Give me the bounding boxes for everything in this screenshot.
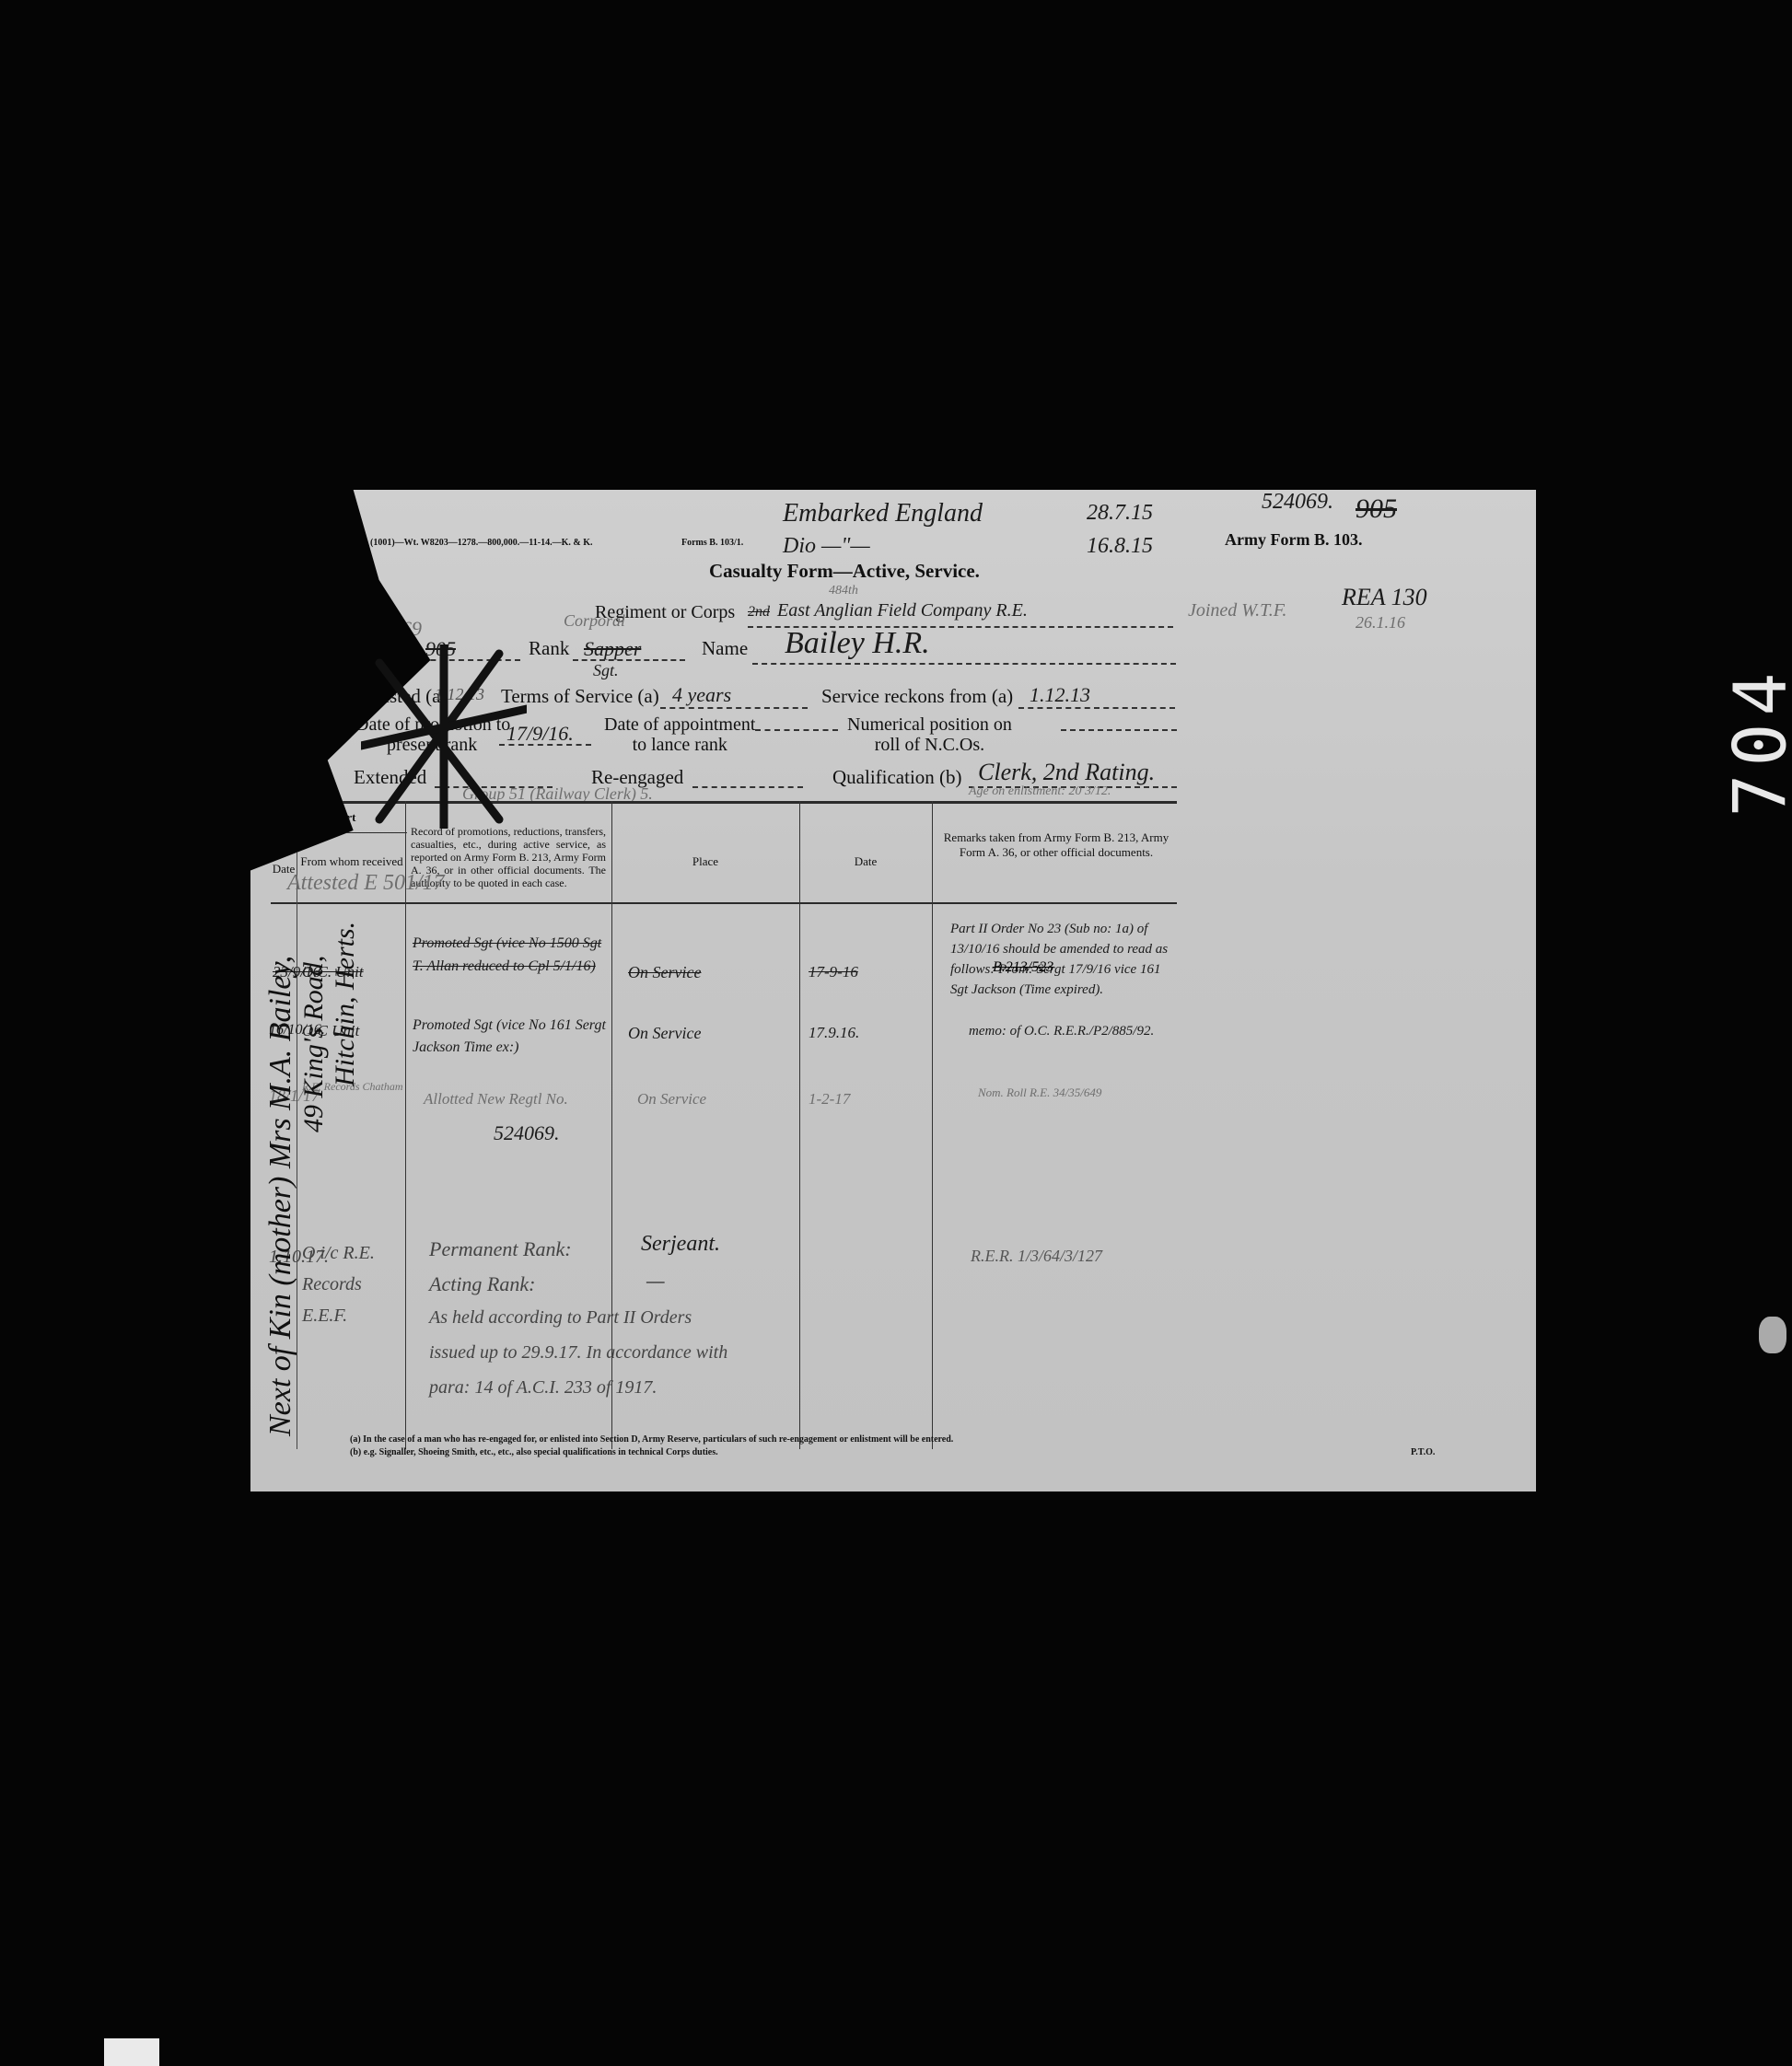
qualification-label: Qualification (b)	[832, 766, 962, 789]
form-title: Casualty Form—Active, Service.	[709, 560, 980, 583]
row1-remarks-ref: B.213/523	[993, 959, 1053, 976]
row2-remarks: memo: of O.C. R.E.R./P2/885/92.	[969, 1024, 1175, 1039]
ref-stamp: REA 130	[1342, 584, 1427, 611]
lance-label-line2: to lance rank	[604, 735, 755, 755]
regiment-struck: 2nd	[748, 604, 770, 621]
lance-label: Date of appointment to lance rank	[604, 714, 755, 755]
ditto-date: 16.8.15	[1087, 534, 1153, 559]
forms-ref: Forms B. 103/1.	[681, 538, 743, 548]
row4-line2-value: —	[646, 1269, 665, 1293]
row4-line3: As held according to Part II Orders	[429, 1307, 692, 1329]
header-remarks: Remarks taken from Army Form B. 213, Arm…	[941, 830, 1171, 860]
regiment-added: 484th	[829, 584, 858, 598]
row4-line2-label: Acting Rank:	[429, 1272, 535, 1296]
row3-date2: 1-2-17	[809, 1090, 850, 1108]
row3-record-number: 524069.	[494, 1121, 560, 1145]
ncos-label-line2: roll of N.C.Os.	[847, 735, 1012, 755]
rank-struck: Sapper	[584, 637, 641, 661]
row1-record: Promoted Sgt (vice No 1500 Sgt T. Allan …	[413, 932, 606, 978]
row1-date2: 17-9-16	[809, 963, 858, 981]
lance-label-line1: Date of appointment	[604, 714, 755, 735]
rank-label: Rank	[529, 637, 569, 660]
header-from-whom: From whom received	[298, 854, 405, 869]
row4-line1-value: Serjeant.	[641, 1232, 720, 1257]
ncos-label: Numerical position on roll of N.C.Os.	[847, 714, 1012, 755]
rank-overwrite: Corporal	[564, 611, 625, 631]
joined-note: Joined W.T.F.	[1188, 600, 1286, 621]
header-annotation: Attested E 501/17	[287, 871, 445, 896]
film-marker	[104, 2038, 159, 2066]
film-speck	[1759, 1317, 1786, 1353]
next-of-kin-label: Next of Kin (mother)	[263, 1177, 297, 1436]
row4-line4: issued up to 29.9.17. In accordance with	[429, 1342, 727, 1364]
rank-value: Sgt.	[593, 661, 619, 680]
pto-label: P.T.O.	[1411, 1447, 1435, 1457]
casualty-form-document: (1001)—Wt. W8203—1278.—800,000.—11-14.—K…	[250, 490, 1536, 1491]
row1-place: On Service	[628, 963, 701, 982]
row2-place: On Service	[628, 1024, 701, 1043]
embarked-date: 28.7.15	[1087, 501, 1153, 526]
row3-record: Allotted New Regtl No.	[424, 1090, 568, 1108]
row3-place: On Service	[637, 1090, 706, 1108]
ncos-label-line1: Numerical position on	[847, 714, 1012, 735]
footnote-b: (b) e.g. Signaller, Shoeing Smith, etc.,…	[350, 1447, 718, 1457]
next-of-kin-address2: Hitchin, Herts.	[330, 922, 361, 1436]
next-of-kin-name: Mrs M.A. Bailey,	[263, 956, 297, 1168]
cross-out-scribble	[361, 644, 527, 829]
joined-date: 26.1.16	[1356, 613, 1405, 633]
frame-number-label: 704	[1719, 666, 1792, 818]
service-reckons-value: 1.12.13	[1030, 683, 1090, 707]
embarked-label: Embarked England	[783, 499, 983, 528]
next-of-kin-note: Next of Kin (mother) Mrs M.A. Bailey, 49…	[263, 922, 361, 1436]
print-code: (1001)—Wt. W8203—1278.—800,000.—11-14.—K…	[370, 538, 592, 548]
footnote-a: (a) In the case of a man who has re-enga…	[350, 1434, 953, 1445]
header-place: Place	[611, 854, 799, 869]
regimental-no-new: 524069	[361, 617, 422, 641]
row4-line1-label: Permanent Rank:	[429, 1237, 572, 1261]
name-label: Name	[702, 637, 748, 660]
service-reckons-label: Service reckons from (a)	[821, 685, 1013, 708]
row1-remarks: Part II Order No 23 (Sub no: 1a) of 13/1…	[950, 919, 1175, 1000]
next-of-kin-address1: 49 King's Road,	[298, 922, 330, 1436]
qualification-value: Clerk, 2nd Rating.	[978, 759, 1155, 786]
age-note: Age on enlistment: 20 3/12.	[969, 784, 1111, 799]
ditto-mark: Dio —"—	[783, 534, 870, 559]
form-name: Army Form B. 103.	[1225, 530, 1362, 550]
header-date-2: Date	[799, 854, 932, 869]
row2-date2: 17.9.16.	[809, 1024, 859, 1042]
row2-record: Promoted Sgt (vice No 161 Sergt Jackson …	[413, 1015, 608, 1059]
name-value: Bailey H.R.	[785, 626, 930, 661]
new-regimental-number: 524069.	[1262, 490, 1333, 515]
row3-remarks: Nom. Roll R.E. 34/35/649	[978, 1085, 1162, 1101]
regiment-value: East Anglian Field Company R.E.	[777, 600, 1028, 621]
terms-value: 4 years	[672, 683, 731, 707]
row4-remarks: R.E.R. 1/3/64/3/127	[971, 1247, 1102, 1266]
old-regimental-number: 905	[1356, 493, 1397, 525]
row4-line5: para: 14 of A.C.I. 233 of 1917.	[429, 1377, 657, 1399]
